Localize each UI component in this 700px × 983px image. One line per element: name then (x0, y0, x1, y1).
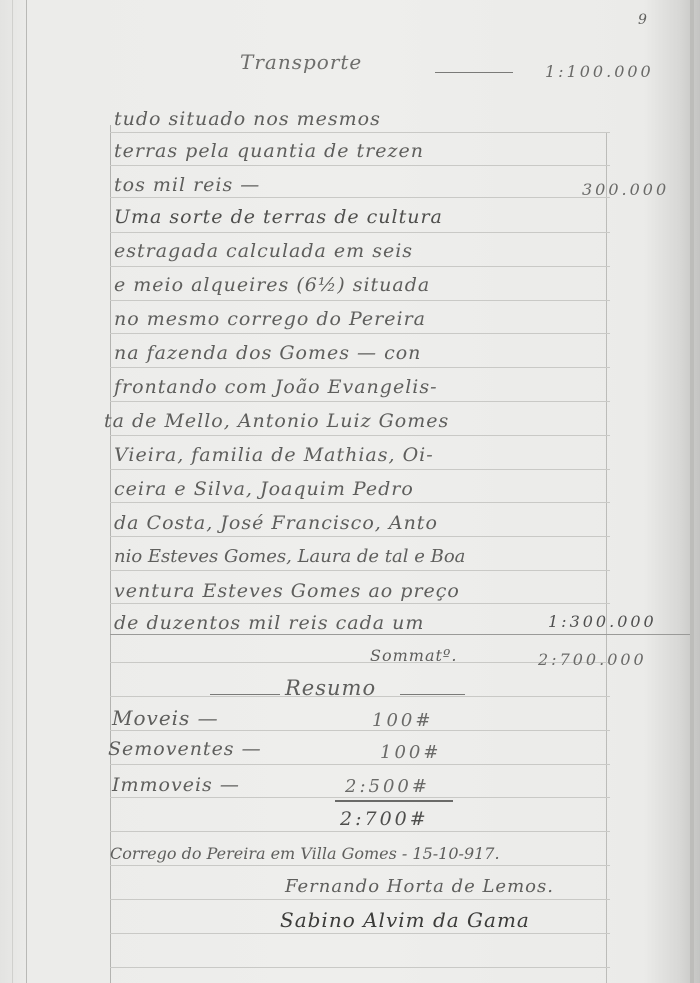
summary-title: Resumo (285, 676, 376, 700)
ruled-line (110, 232, 610, 233)
ruled-line (110, 603, 610, 604)
page-edge-right (690, 0, 694, 983)
ruled-line (110, 536, 610, 537)
ruled-line (110, 367, 610, 368)
ruled-line (110, 764, 610, 765)
ruled-line (110, 797, 610, 798)
ruled-line (110, 933, 610, 934)
ruled-line (110, 831, 610, 832)
body-line: nio Esteves Gomes, Laura de tal e Boa (114, 546, 465, 567)
body-line: de duzentos mil reis cada um (114, 612, 424, 634)
ruled-line (110, 165, 610, 166)
ledger-page: 9 Transporte 1:100.000 tudo situado nos … (0, 0, 700, 983)
body-line: frontando com João Evangelis- (114, 376, 438, 398)
summary-amount-semoventes: 100# (380, 742, 441, 763)
place-date: Corrego do Pereira em Villa Gomes - 15-1… (110, 844, 500, 863)
body-line: ceira e Silva, Joaquim Pedro (114, 478, 414, 500)
ruled-line (110, 401, 610, 402)
summary-label-semoventes: Semoventes — (108, 738, 262, 760)
ruled-line (110, 469, 610, 470)
summary-label-moveis: Moveis — (112, 706, 219, 730)
body-line: e meio alqueires (6½) situada (114, 274, 430, 296)
ruled-line (110, 300, 610, 301)
ruled-line (110, 570, 610, 571)
ruled-line (110, 132, 610, 133)
page-number: 9 (638, 12, 648, 28)
ruled-line (110, 967, 610, 968)
ruled-line (110, 730, 610, 731)
summary-amount-immoveis: 2:500# (345, 776, 430, 797)
leader-dash (435, 72, 513, 73)
ruled-line (110, 865, 610, 866)
body-line: no mesmo corrego do Pereira (114, 308, 426, 330)
line-amount: 1:300.000 (548, 612, 657, 631)
right-margin-rule (606, 132, 607, 983)
body-line: da Costa, José Francisco, Anto (114, 512, 438, 534)
ruled-line (110, 435, 610, 436)
title-rule-left (210, 694, 280, 695)
carried-forward-label: Transporte (240, 50, 362, 74)
summary-total: 2:700# (340, 808, 429, 830)
ruled-line (110, 662, 610, 663)
body-line: terras pela quantia de trezen (114, 140, 424, 162)
body-line: tudo situado nos mesmos (114, 108, 381, 130)
ruled-line (110, 197, 610, 198)
signature-1: Fernando Horta de Lemos. (285, 876, 554, 897)
signature-2: Sabino Alvim da Gama (280, 908, 530, 932)
carried-forward-amount: 1:100.000 (545, 62, 654, 81)
body-line: ventura Esteves Gomes ao preço (114, 580, 460, 602)
ruled-line (110, 502, 610, 503)
ruled-line (110, 634, 690, 635)
ruled-line (110, 899, 610, 900)
page-edge-left (26, 0, 27, 983)
line-amount: 300.000 (582, 180, 669, 199)
sum-amount: 2:700.000 (538, 650, 647, 669)
summary-amount-moveis: 100# (372, 710, 433, 731)
total-underline (335, 800, 453, 802)
page-edge-left-outer (12, 0, 13, 983)
summary-label-immoveis: Immoveis — (112, 774, 240, 796)
body-line: Vieira, familia de Mathias, Oi- (114, 444, 434, 466)
body-line: na fazenda dos Gomes — con (114, 342, 421, 364)
body-line: tos mil reis — (114, 174, 260, 196)
body-line: Uma sorte de terras de cultura (114, 206, 443, 228)
body-line: ta de Mello, Antonio Luiz Gomes (104, 410, 449, 432)
body-line: estragada calculada em seis (114, 240, 413, 262)
ruled-line (110, 266, 610, 267)
title-rule-right (400, 694, 465, 695)
sum-label: Sommatº. (370, 646, 458, 665)
ruled-line (110, 333, 610, 334)
